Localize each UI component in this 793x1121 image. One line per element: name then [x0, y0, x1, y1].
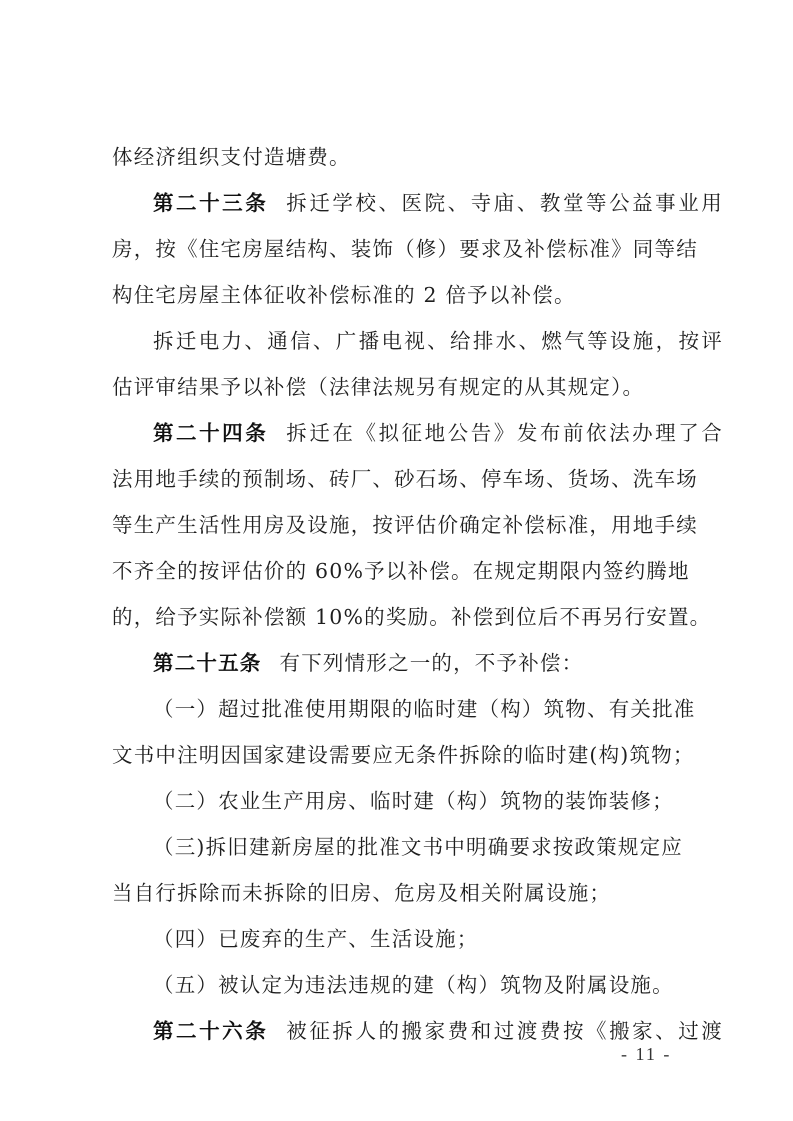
- line-text: 房，按《住宅房屋结构、装饰（修）要求及补偿标准》同等结: [112, 237, 698, 261]
- line-text: （二）农业生产用房、临时建（构）筑物的装饰装修；: [153, 789, 674, 813]
- list-item-3: （三)拆旧建新房屋的批准文书中明确要求按政策规定应: [153, 833, 682, 861]
- paragraph-line: 的，给予实际补偿额 10%的奖励。补偿到位后不再另行安置。: [112, 603, 682, 631]
- list-item-2: （二）农业生产用房、临时建（构）筑物的装饰装修；: [153, 787, 723, 815]
- article-25-heading-line: 第二十五条有下列情形之一的，不予补偿：: [153, 649, 723, 677]
- line-text: 当自行拆除而未拆除的旧房、危房及相关附属设施；: [112, 881, 611, 905]
- line-text: 法用地手续的预制场、砖厂、砂石场、停车场、货场、洗车场: [112, 467, 698, 491]
- paragraph-line: 体经济组织支付造塘费。: [112, 143, 682, 171]
- paragraph-line: 构住宅房屋主体征收补偿标准的 2 倍予以补偿。: [112, 281, 682, 309]
- article-number: 第二十三条: [153, 191, 268, 215]
- page-number: - 11 -: [621, 1044, 671, 1065]
- paragraph-line: 房，按《住宅房屋结构、装饰（修）要求及补偿标准》同等结: [112, 235, 682, 263]
- document-page: 体经济组织支付造塘费。 第二十三条拆迁学校、医院、寺庙、教堂等公益事业用 房，按…: [0, 0, 793, 1121]
- article-24-heading-line: 第二十四条拆迁在《拟征地公告》发布前依法办理了合: [153, 419, 723, 447]
- paragraph-line: 估评审结果予以补偿（法律法规另有规定的从其规定）。: [112, 373, 682, 401]
- line-text: （五）被认定为违法违规的建（构）筑物及附属设施。: [153, 973, 674, 997]
- article-23-heading-line: 第二十三条拆迁学校、医院、寺庙、教堂等公益事业用: [153, 189, 723, 217]
- line-text: （四）已废弃的生产、生活设施；: [153, 927, 479, 951]
- paragraph-line: 当自行拆除而未拆除的旧房、危房及相关附属设施；: [112, 879, 682, 907]
- line-text: 不齐全的按评估价的 60%予以补偿。在规定期限内签约腾地: [112, 559, 690, 583]
- list-item-1: （一）超过批准使用期限的临时建（构）筑物、有关批准: [153, 695, 682, 723]
- paragraph-line: 等生产生活性用房及设施，按评估价确定补偿标准，用地手续: [112, 511, 682, 539]
- list-item-5: （五）被认定为违法违规的建（构）筑物及附属设施。: [153, 971, 723, 999]
- line-text: 拆迁学校、医院、寺庙、教堂等公益事业用: [286, 191, 723, 215]
- line-text: （一）超过批准使用期限的临时建（构）筑物、有关批准: [153, 697, 696, 721]
- line-text: 等生产生活性用房及设施，按评估价确定补偿标准，用地手续: [112, 513, 698, 537]
- line-text: 拆迁在《拟征地公告》发布前依法办理了合: [286, 421, 723, 445]
- line-text: 文书中注明因国家建设需要应无条件拆除的临时建(构)筑物；: [112, 743, 695, 767]
- article-number: 第二十四条: [153, 421, 268, 445]
- line-text: 估评审结果予以补偿（法律法规另有规定的从其规定）。: [112, 375, 644, 399]
- line-text: 被征拆人的搬家费和过渡费按《搬家、过渡: [286, 1019, 723, 1043]
- paragraph-line: 不齐全的按评估价的 60%予以补偿。在规定期限内签约腾地: [112, 557, 682, 585]
- line-text: 体经济组织支付造塘费。: [112, 145, 351, 169]
- line-text: 有下列情形之一的，不予补偿：: [280, 651, 584, 675]
- paragraph-line: 法用地手续的预制场、砖厂、砂石场、停车场、货场、洗车场: [112, 465, 682, 493]
- list-item-4: （四）已废弃的生产、生活设施；: [153, 925, 723, 953]
- line-text: 构住宅房屋主体征收补偿标准的 2 倍予以补偿。: [112, 283, 576, 307]
- article-26-heading-line: 第二十六条被征拆人的搬家费和过渡费按《搬家、过渡: [153, 1017, 723, 1045]
- line-text: （三)拆旧建新房屋的批准文书中明确要求按政策规定应: [153, 835, 683, 859]
- line-text: 的，给予实际补偿额 10%的奖励。补偿到位后不再另行安置。: [112, 605, 711, 629]
- paragraph-line: 文书中注明因国家建设需要应无条件拆除的临时建(构)筑物；: [112, 741, 682, 769]
- paragraph-line: 拆迁电力、通信、广播电视、给排水、燃气等设施，按评: [153, 327, 723, 355]
- article-number: 第二十六条: [153, 1019, 268, 1043]
- article-number: 第二十五条: [153, 651, 262, 675]
- line-text: 拆迁电力、通信、广播电视、给排水、燃气等设施，按评: [153, 329, 723, 353]
